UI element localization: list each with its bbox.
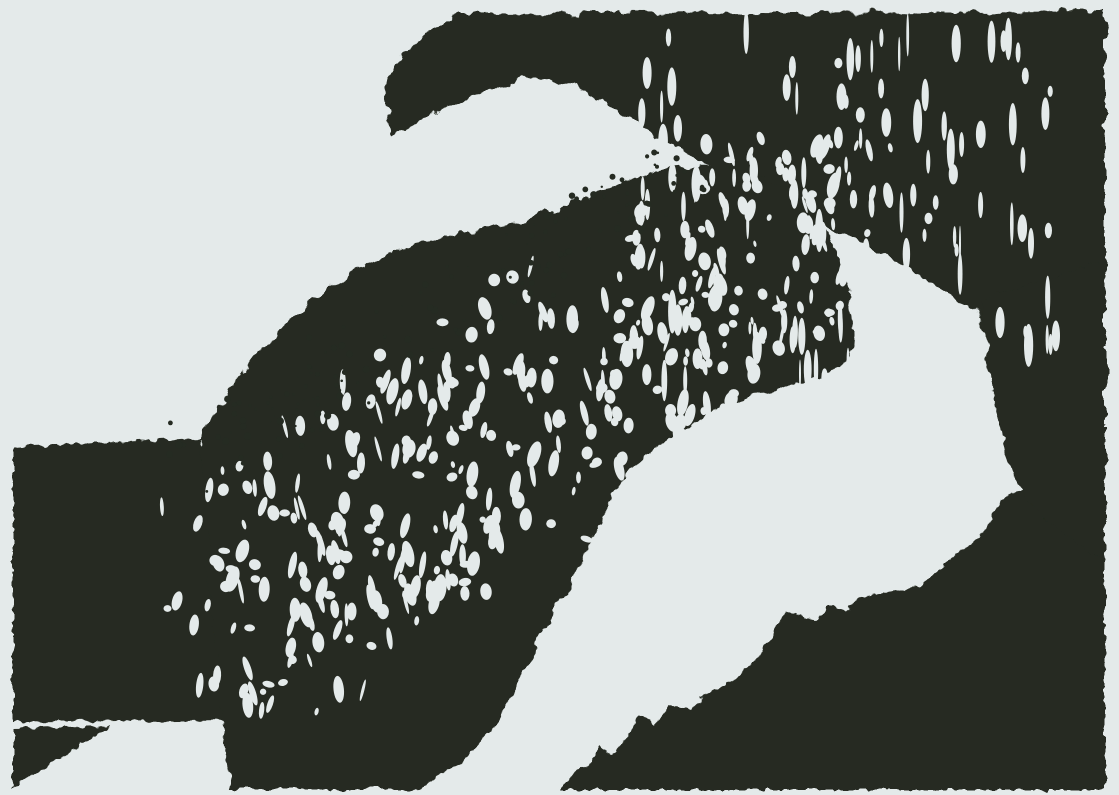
photograph xyxy=(0,0,1119,795)
